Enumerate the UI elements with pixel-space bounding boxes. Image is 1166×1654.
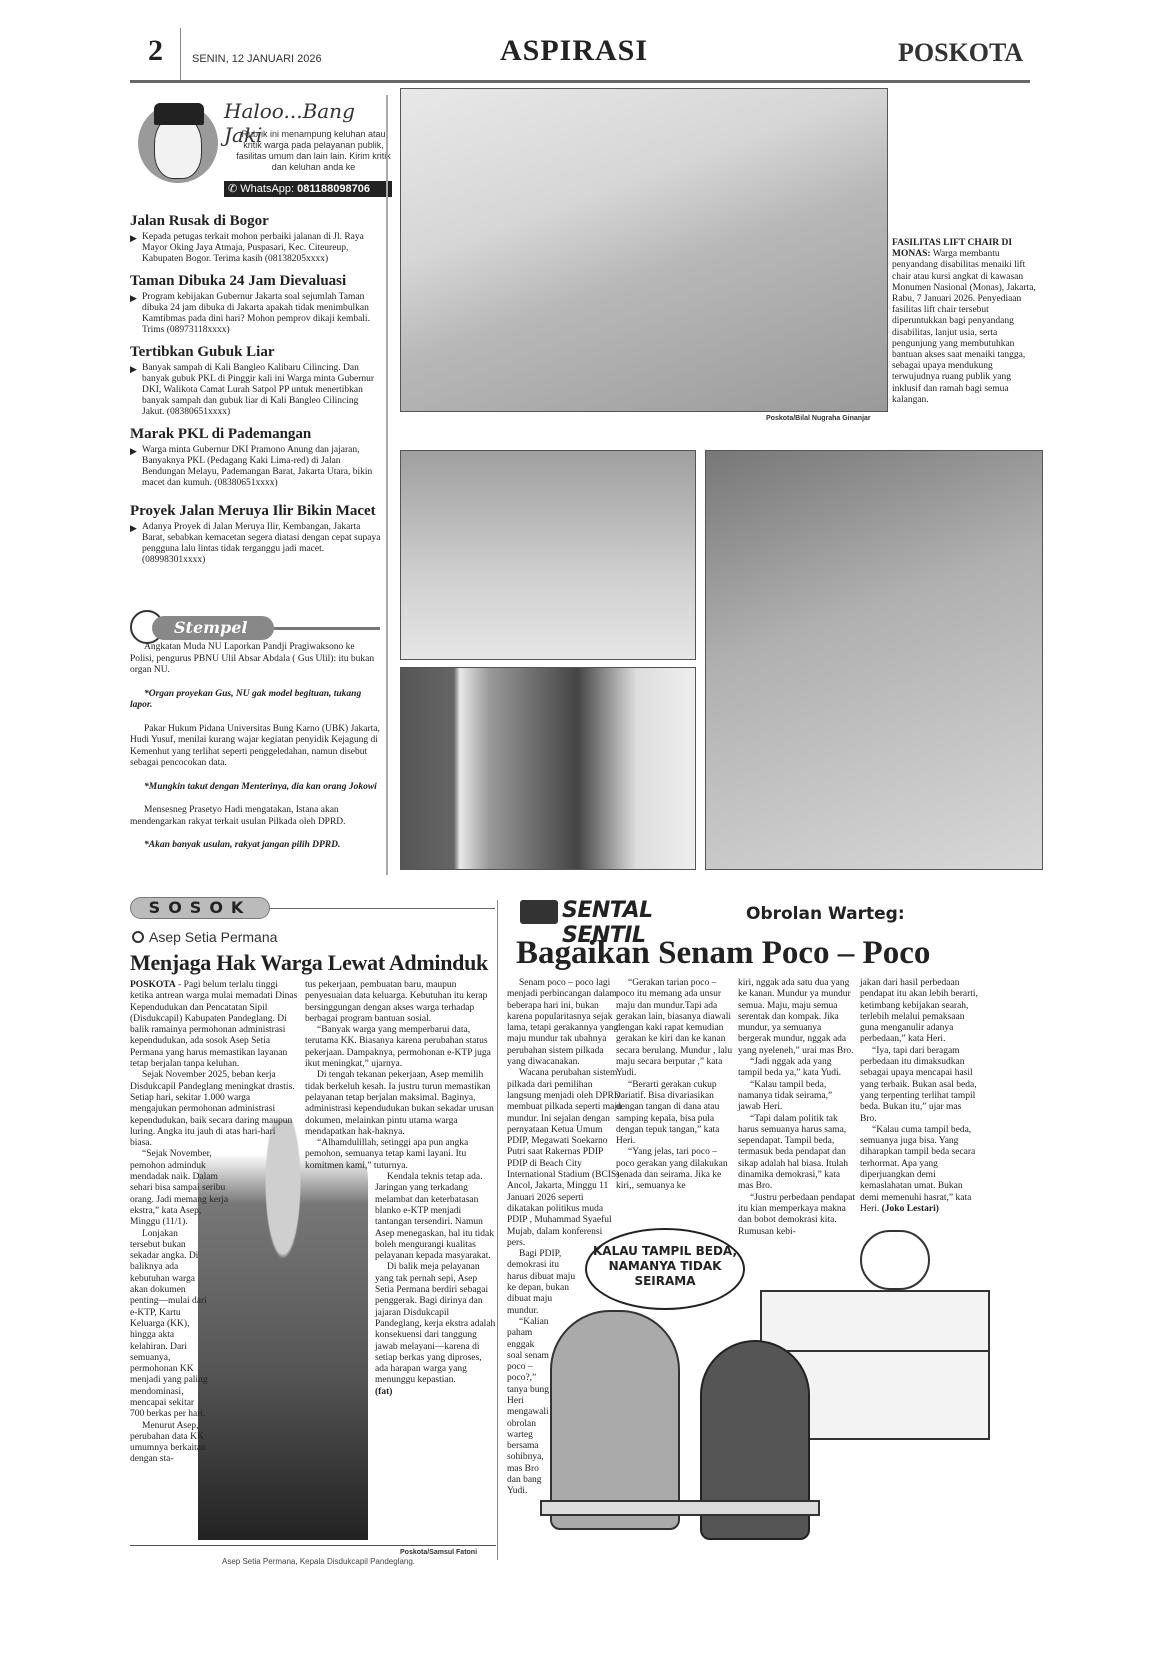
person-name-text: Asep Setia Permana (149, 929, 277, 945)
sental-sentil-icon (520, 900, 558, 924)
letter-item: Proyek Jalan Meruya Ilir Bikin Macet ▶Ad… (130, 503, 382, 566)
mascot-hat-icon (154, 103, 204, 125)
triangle-bullet-icon: ▶ (130, 523, 137, 534)
photo-monas-doorway (400, 667, 696, 870)
whatsapp-icon: ✆ (228, 183, 240, 195)
column-divider (386, 95, 388, 875)
letter-text: Banyak sampah di Kali Bangleo Kalibaru C… (142, 363, 374, 417)
paragraph: “Kalau cuma tampil beda, semuanya juga b… (860, 1125, 980, 1215)
page-number: 2 (148, 34, 163, 68)
paragraph: “Yang jelas, tari poco – poco gerakan ya… (616, 1147, 734, 1192)
letter-text: Warga minta Gubernur DKI Pramono Anung d… (142, 445, 372, 488)
paragraph: Sejak November 2025, beban kerja Disdukc… (130, 1070, 298, 1149)
reader-letters: Jalan Rusak di Bogor ▶Kepada petugas ter… (130, 205, 382, 566)
stempel-item: Mensesneg Prasetyo Hadi mengatakan, Ista… (130, 805, 380, 852)
paragraph: Senam poco – poco lagi menjadi perbincan… (507, 978, 622, 1068)
whatsapp-label: WhatsApp: (240, 183, 294, 195)
letter-body: ▶Adanya Proyek di Jalan Meruya Ilir, Kem… (130, 522, 382, 566)
stempel-news: Pakar Hukum Pidana Universitas Bung Karn… (130, 724, 380, 770)
paragraph: “Tapi dalam politik tak harus semuanya h… (738, 1114, 856, 1193)
paragraph: “Gerakan tarian poco – poco itu memang a… (616, 978, 734, 1080)
paragraph: Lonjakan tersebut bukan sekadar angka. D… (130, 1229, 210, 1421)
photo-credit: Poskota/Bilal Nugraha Ginanjar (766, 415, 871, 422)
paragraph: Kendala teknis tetap ada. Jaringan yang … (375, 1172, 497, 1262)
cartoon-shopkeeper-icon (860, 1230, 930, 1290)
photo-lift-chair-helpers (400, 450, 696, 660)
photo-lift-chair-woman (705, 450, 1043, 870)
sental-sentil-subtitle: Obrolan Warteg: (746, 904, 905, 924)
paragraph: jakan dari hasil perbedaan pendapat itu … (860, 978, 980, 1046)
section-title: ASPIRASI (500, 34, 648, 68)
letter-title: Marak PKL di Pademangan (130, 426, 382, 443)
brand-logo: POSKOTA (898, 38, 1023, 68)
stempel-item: Pakar Hukum Pidana Universitas Bung Karn… (130, 724, 380, 794)
paragraph: Wacana perubahan sistem pilkada dari pem… (507, 1068, 622, 1249)
sosok-column-2: tus pekerjaan, pembuatan baru, maupun pe… (305, 980, 497, 1398)
stempel-news: Angkatan Muda NU Laporkan Pandji Pragiwa… (130, 642, 380, 677)
signoff: (fat) (375, 1387, 497, 1398)
sosok-label: SOSOK (130, 897, 270, 919)
paragraph: “Kalau tampil beda, namanya tidak seiram… (738, 1080, 856, 1114)
paragraph-text: “Kalau cuma tampil beda, semuanya juga b… (860, 1125, 975, 1214)
letter-body: ▶Program kebijakan Gubernur Jakarta soal… (130, 292, 382, 336)
whatsapp-contact[interactable]: ✆ WhatsApp: 081188098706 (224, 181, 392, 197)
author: (Joko Lestari) (882, 1204, 939, 1214)
speech-bubble: KALAU TAMPIL BEDA, NAMANYA TIDAK SEIRAMA (585, 1228, 745, 1310)
paragraph-text: Sejak November 2025, beban kerja Disdukc… (130, 1070, 295, 1148)
warteg-shelf-icon (760, 1350, 990, 1352)
issue-date: SENIN, 12 JANUARI 2026 (192, 53, 322, 65)
header-rule (130, 80, 1030, 83)
triangle-bullet-icon: ▶ (130, 446, 137, 457)
letter-text: Program kebijakan Gubernur Jakarta soal … (142, 292, 370, 335)
paragraph: kiri, nggak ada satu dua yang ke kanan. … (738, 978, 856, 1057)
header-divider (180, 28, 181, 80)
haloo-bang-jaki-box: Haloo...Bang Jaki Rubrik ini menampung k… (134, 95, 390, 195)
dateline: POSKOTA (130, 980, 176, 990)
stempel-news: Mensesneg Prasetyo Hadi mengatakan, Ista… (130, 805, 380, 828)
sosok-photo-credit: Poskota/Samsul Fatoni (400, 1549, 477, 1556)
stempel-body: Angkatan Muda NU Laporkan Pandji Pragiwa… (130, 630, 380, 852)
letter-text: Adanya Proyek di Jalan Meruya Ilir, Kemb… (142, 522, 380, 565)
letter-text: Kepada petugas terkait mohon perbaiki ja… (142, 232, 364, 264)
paragraph: “Alhamdulillah, setinggi apa pun angka p… (305, 1138, 497, 1172)
circle-bullet-icon (132, 931, 144, 943)
paragraph: “Sejak November, pemohon adminduk mendad… (130, 1149, 230, 1228)
sental-sentil-logo: SENTAL SENTIL (520, 898, 730, 926)
triangle-bullet-icon: ▶ (130, 364, 137, 375)
letter-title: Proyek Jalan Meruya Ilir Bikin Macet (130, 503, 382, 520)
triangle-bullet-icon: ▶ (130, 293, 137, 304)
sosok-photo-caption: Asep Setia Permana, Kepala Disdukcapil P… (222, 1557, 415, 1566)
sosok-column-1: POSKOTA - Pagi belum terlalu tinggi keti… (130, 980, 298, 1466)
letter-body: ▶Banyak sampah di Kali Bangleo Kalibaru … (130, 363, 382, 418)
stempel-comment: *Akan banyak usulan, rakyat jangan pilih… (130, 840, 380, 852)
stempel-comment: *Mungkin takut dengan Menterinya, dia ka… (130, 782, 380, 794)
cartoon-man-left-icon (550, 1310, 680, 1530)
paragraph: “Berarti gerakan cukup variatif. Bisa di… (616, 1080, 734, 1148)
paragraph-text: Menurut Asep, perubahan data KK umumnya … (130, 1421, 206, 1465)
letter-title: Jalan Rusak di Bogor (130, 213, 382, 230)
paragraph-text: - Pagi belum terlalu tinggi ketika antre… (130, 980, 297, 1069)
stempel-item: Angkatan Muda NU Laporkan Pandji Pragiwa… (130, 642, 380, 712)
letter-body: ▶Warga minta Gubernur DKI Pramono Anung … (130, 445, 382, 489)
cartoon-bench-icon (540, 1500, 820, 1516)
paragraph: POSKOTA - Pagi belum terlalu tinggi keti… (130, 980, 298, 1070)
stempel-comment: *Organ proyekan Gus, NU gak model begitu… (130, 689, 380, 712)
sosok-person-name: Asep Setia Permana (132, 929, 277, 945)
letter-item: Marak PKL di Pademangan ▶Warga minta Gub… (130, 426, 382, 489)
paragraph: “Jadi nggak ada yang tampil beda ya,” ka… (738, 1057, 856, 1080)
paragraph-text: “Sejak November, pemohon adminduk mendad… (130, 1149, 228, 1227)
letter-title: Tertibkan Gubuk Liar (130, 344, 382, 361)
triangle-bullet-icon: ▶ (130, 233, 137, 244)
paragraph: “Iya, tapi dari beragam perbedaan itu di… (860, 1046, 980, 1125)
photo-caption: FASILITAS LIFT CHAIR DI MONAS: Warga mem… (892, 238, 1042, 406)
paragraph: tus pekerjaan, pembuatan baru, maupun pe… (305, 980, 497, 1025)
paragraph-text: Lonjakan tersebut bukan sekadar angka. D… (130, 1229, 208, 1420)
sosok-rule (270, 908, 495, 909)
paragraph: Menurut Asep, perubahan data KK umumnya … (130, 1421, 220, 1466)
paragraph: “Justru perbedaan pendapat itu kian memp… (738, 1193, 856, 1238)
haloo-description: Rubrik ini menampung keluhan atau kritik… (236, 129, 391, 173)
sental-sentil-column-2: “Gerakan tarian poco – poco itu memang a… (616, 978, 734, 1193)
sental-sentil-column-4: jakan dari hasil perbedaan pendapat itu … (860, 978, 980, 1215)
letter-body: ▶Kepada petugas terkait mohon perbaiki j… (130, 232, 382, 265)
photo-monas-lift-chair-main (400, 88, 888, 412)
sental-sentil-column-3: kiri, nggak ada satu dua yang ke kanan. … (738, 978, 856, 1238)
caption-body: Warga membantu penyandang disabilitas me… (892, 249, 1036, 405)
letter-item: Taman Dibuka 24 Jam Dievaluasi ▶Program … (130, 273, 382, 336)
paragraph: “Banyak warga yang memperbarui data, ter… (305, 1025, 497, 1070)
paragraph: Di tengah tekanan pekerjaan, Asep memili… (305, 1070, 497, 1138)
letter-item: Jalan Rusak di Bogor ▶Kepada petugas ter… (130, 213, 382, 265)
paragraph: Di balik meja pelayanan yang tak pernah … (375, 1262, 497, 1386)
warteg-cartoon-illustration (530, 1250, 990, 1560)
sosok-bottom-rule (130, 1545, 496, 1546)
whatsapp-number: 081188098706 (297, 183, 370, 195)
letter-title: Taman Dibuka 24 Jam Dievaluasi (130, 273, 382, 290)
sosok-headline: Menjaga Hak Warga Lewat Adminduk (130, 950, 488, 976)
letter-item: Tertibkan Gubuk Liar ▶Banyak sampah di K… (130, 344, 382, 418)
sental-sentil-headline: Bagaikan Senam Poco – Poco (516, 935, 930, 972)
